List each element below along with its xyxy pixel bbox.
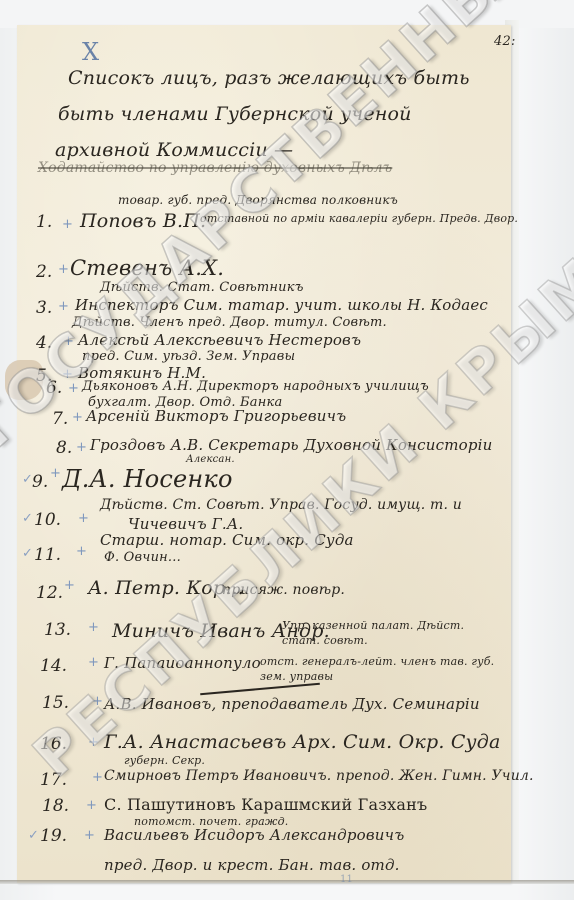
entry-1-plus-mark: +	[62, 217, 73, 232]
entry-8-name: Гроздовъ А.В. Секретарь Духовной Консист…	[90, 436, 493, 454]
entry-14-number: 14.	[40, 656, 67, 676]
entry-4-number: 4.	[36, 333, 52, 353]
entry-19-note: пред. Двор. и крест. Бан. тав. отд.	[104, 856, 400, 874]
entry-1-note: отставной по арміи кавалеріи губерн. Пре…	[200, 212, 518, 225]
crossed-heading: Ходатайство по управленію духовныхъ Дѣлъ	[38, 160, 392, 176]
entry-6-number: 6.	[46, 378, 62, 398]
title-line-1: Списокъ лицъ, разъ желающихъ быть	[68, 67, 470, 89]
entry-16-name: Г.А. Анастасьевъ Арх. Сим. Окр. Суда	[104, 731, 501, 753]
footer-pencil-mark: 11	[340, 874, 353, 885]
entry-1-name: Поповъ В.П.	[80, 210, 206, 232]
entry-10-number: 10.	[34, 510, 61, 530]
entry-3-number: 3.	[36, 298, 52, 318]
entry-9-plus-mark: +	[50, 466, 61, 481]
entry-2-number: 2.	[36, 262, 52, 282]
entry-7-name: Арсеній Викторъ Григорьевичъ	[86, 407, 346, 425]
entry-18-number: 18.	[42, 796, 69, 816]
entry-2-name: Стевенъ А.Х.	[70, 256, 224, 280]
entry-18-name: С. Пашутиновъ Карашмский Газханъ	[104, 795, 427, 814]
page-number: 42:	[494, 34, 516, 49]
entry-7-number: 7.	[52, 409, 68, 429]
entry-9-number: 9.	[32, 472, 48, 492]
entry-16-plus-mark: +	[88, 735, 99, 750]
entry-19-check-mark: ✓	[28, 828, 39, 843]
entry-17-plus-mark: +	[92, 770, 103, 785]
entry-19-plus-mark: +	[84, 828, 95, 843]
paper-edge-bottom	[0, 880, 574, 884]
entry-6-name: Дьяконовъ А.Н. Директоръ народныхъ учили…	[82, 379, 429, 394]
entry-10-plus-mark: +	[78, 511, 89, 526]
entry-16-number: 16.	[40, 734, 67, 754]
entry-12-note: присяж. повѣр.	[222, 582, 345, 598]
entry-15-name: А.В. Ивановъ, преподаватель Дух. Семинар…	[104, 695, 480, 713]
entry-9-name: Д.А. Носенко	[62, 465, 233, 493]
title-line-3: архивной Коммиссіи —	[55, 139, 293, 161]
entry-17-number: 17.	[40, 770, 67, 790]
entry-19-number: 19.	[40, 826, 67, 846]
entry-16-note: губерн. Секр.	[124, 754, 205, 767]
entry-1-line1: товар. губ. пред. Дворянства полковникъ	[118, 193, 398, 207]
entry-4-note: Дѣйств. Членъ пред. Двор. титул. Совѣт.	[72, 315, 387, 330]
entry-3-plus-mark: +	[58, 299, 69, 314]
entry-10-note: Дѣйств. Ст. Совѣт. Управ. Госуд. имущ. т…	[100, 497, 462, 513]
entry-12-name: А. Петр. Кор...	[88, 577, 244, 599]
entry-15-plus-mark: +	[92, 694, 103, 709]
entry-15-number: 15.	[42, 693, 69, 713]
entry-11-name: Ф. Овчин...	[104, 550, 181, 565]
entry-11-plus-mark: +	[76, 544, 87, 559]
entry-4-name: Алексѣй Алексѣевичъ Нестеровъ	[78, 331, 361, 349]
entry-5-note: пред. Сим. уѣзд. Зем. Управы	[82, 349, 295, 364]
entry-14-name: Г. Папаиоаннопуло	[104, 654, 261, 672]
entry-1-number: 1.	[36, 212, 52, 232]
entry-3-note: Дѣйств. Стат. Совѣтникъ	[100, 280, 304, 295]
entry-8-number: 8.	[56, 438, 72, 458]
entry-3-name: Инспекторъ Сим. татар. учит. школы Н. Ко…	[75, 296, 488, 314]
entry-11-check-mark: ✓	[22, 546, 33, 561]
entry-2-plus-mark: +	[58, 262, 69, 277]
entry-7-plus-mark: +	[72, 410, 83, 425]
entry-11-number: 11.	[34, 545, 61, 565]
entry-13-number: 13.	[44, 620, 71, 640]
entry-10-check-mark: ✓	[22, 511, 33, 526]
entry-8-note: Алексан.	[186, 454, 235, 465]
entry-11-note: Старш. нотар. Сим. окр. Суда	[100, 531, 354, 549]
entry-17-name: Смирновъ Петръ Ивановичъ. препод. Жен. Г…	[104, 768, 534, 784]
entry-14-note: отст. генералъ-лейт. членъ тав. губ. зем…	[260, 654, 500, 684]
entry-4-plus-mark: +	[63, 334, 74, 349]
entry-18-plus-mark: +	[86, 798, 97, 813]
title-line-2: быть членами Губернской ученой	[58, 103, 412, 125]
entry-14-plus-mark: +	[88, 655, 99, 670]
entry-6-plus-mark: +	[68, 381, 79, 396]
entry-8-plus-mark: +	[76, 440, 87, 455]
entry-13-plus-mark: +	[88, 620, 99, 635]
entry-5-plus-mark: +	[62, 367, 73, 382]
entry-19-name: Васильевъ Исидоръ Александровичъ	[104, 826, 404, 844]
entry-12-number: 12.	[36, 583, 63, 603]
entry-12-plus-mark: +	[64, 578, 75, 593]
pencil-x-mark: X	[82, 38, 99, 66]
entry-13-note: Упр. казенной палат. Дѣйст. стат. совѣт.	[282, 618, 492, 648]
